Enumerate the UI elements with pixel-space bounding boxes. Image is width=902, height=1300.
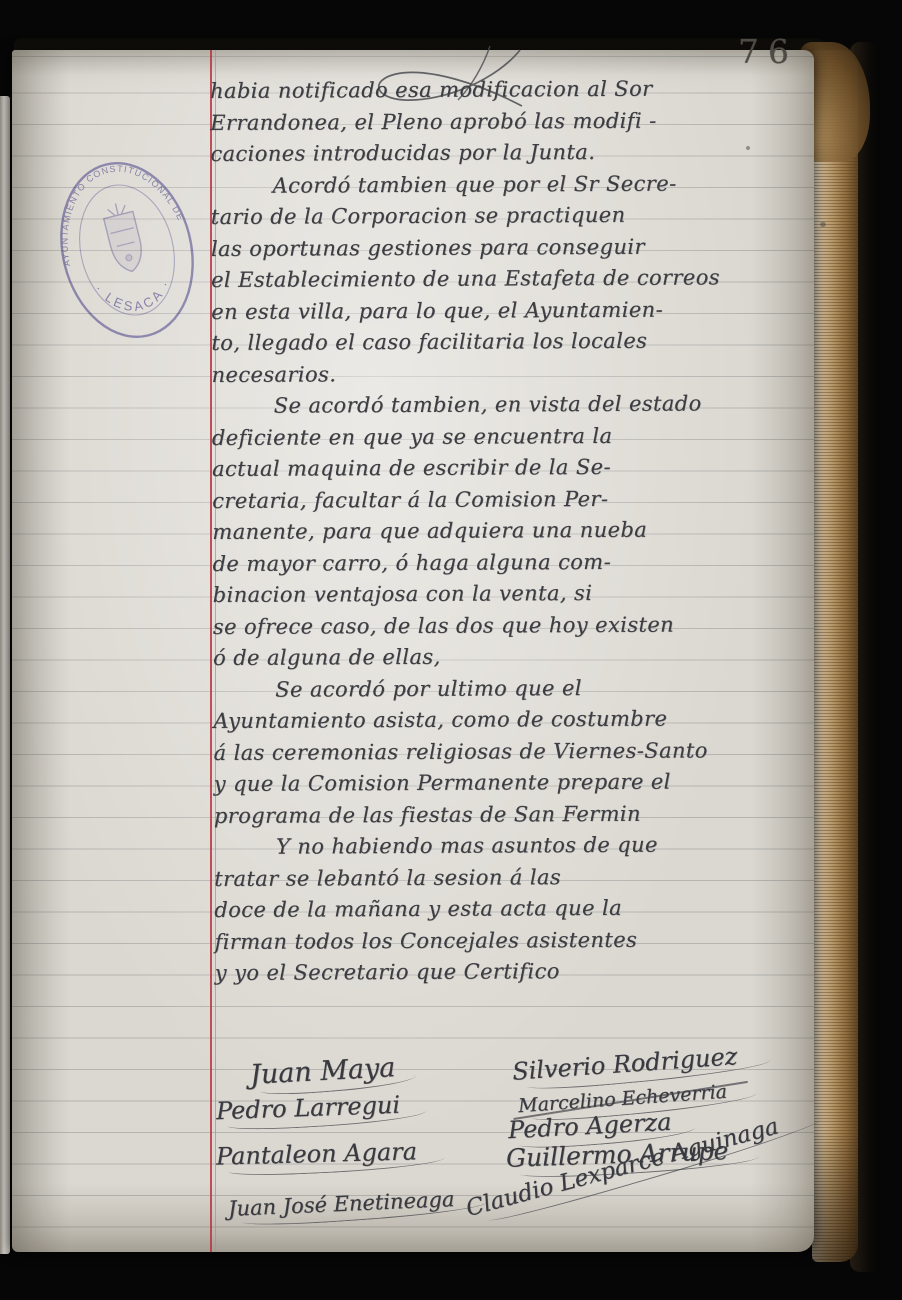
manuscript-line-10: necesarios. [211, 356, 803, 391]
signature-1: Juan Maya [249, 1052, 396, 1091]
manuscript-line-8: en esta villa, para lo que, el Ayuntamie… [211, 293, 803, 328]
minutes-text-block: habia notificado esa modificacion al Sor… [210, 73, 807, 990]
manuscript-line-14: cretaria, facultar á la Comision Per- [212, 482, 804, 517]
manuscript-line-28: firman todos los Concejales asistentes [214, 923, 806, 958]
svg-text:· LESACA ·: · LESACA · [90, 265, 179, 324]
manuscript-line-23: y que la Comision Permanente prepare el [214, 766, 806, 801]
manuscript-line-16: de mayor carro, ó haga alguna com- [212, 545, 804, 580]
manuscript-line-17: binacion ventajosa con la venta, si [213, 577, 805, 612]
manuscript-line-26: tratar se lebantó la sesion á las [214, 860, 806, 895]
book-page-photo: 76 AYUNTAMIENTO CONSTITUCIONAL DE · LESA… [0, 0, 902, 1300]
manuscript-line-6: las oportunas gestiones para conseguir [211, 230, 803, 265]
manuscript-line-15: manente, para que adquiera una nueba [212, 514, 804, 549]
stamp-arc-bottom-text: · LESACA · [90, 265, 179, 324]
manuscript-line-21: Ayuntamiento asista, como de costumbre [213, 703, 805, 738]
signature-3: Pedro Larregui [216, 1091, 401, 1125]
page-stack-fore-edge [812, 50, 858, 1262]
manuscript-line-5: tario de la Corporacion se practiquen [211, 199, 803, 234]
page-number: 76 [728, 32, 808, 71]
previous-page-edge [0, 96, 10, 1254]
manuscript-line-27: doce de la mañana y esta acta que la [214, 892, 806, 927]
manuscript-line-22: á las ceremonias religiosas de Viernes-S… [213, 734, 805, 769]
ink-blot [820, 222, 826, 227]
manuscript-line-25: Y no habiendo mas asuntos de que [214, 829, 806, 864]
manuscript-line-29: y yo el Secretario que Certifico [215, 955, 807, 990]
manuscript-line-20: Se acordó por ultimo que el [213, 671, 805, 706]
manuscript-line-1: habia notificado esa modificacion al Sor [210, 73, 802, 108]
manuscript-line-11: Se acordó tambien, en vista del estado [212, 388, 804, 423]
manuscript-line-4: Acordó tambien que por el Sr Secre- [210, 167, 802, 202]
manuscript-line-24: programa de las fiestas de San Fermin [214, 797, 806, 832]
manuscript-line-7: el Establecimiento de una Estafeta de co… [211, 262, 803, 297]
ink-blot [746, 146, 750, 150]
manuscript-line-13: actual maquina de escribir de la Se- [212, 451, 804, 486]
manuscript-line-3: caciones introducidas por la Junta. [210, 136, 802, 171]
signature-6: Pantaleon Agara [216, 1137, 418, 1170]
manuscript-line-18: se ofrece caso, de las dos que hoy exist… [213, 608, 805, 643]
manuscript-line-19: ó de alguna de ellas, [213, 640, 805, 675]
manuscript-line-9: to, llegado el caso facilitaria los loca… [211, 325, 803, 360]
stamp-coat-of-arms-icon [101, 200, 147, 275]
manuscript-line-2: Errandonea, el Pleno aprobó las modifi - [210, 104, 802, 139]
manuscript-line-12: deficiente en que ya se encuentra la [212, 419, 804, 454]
